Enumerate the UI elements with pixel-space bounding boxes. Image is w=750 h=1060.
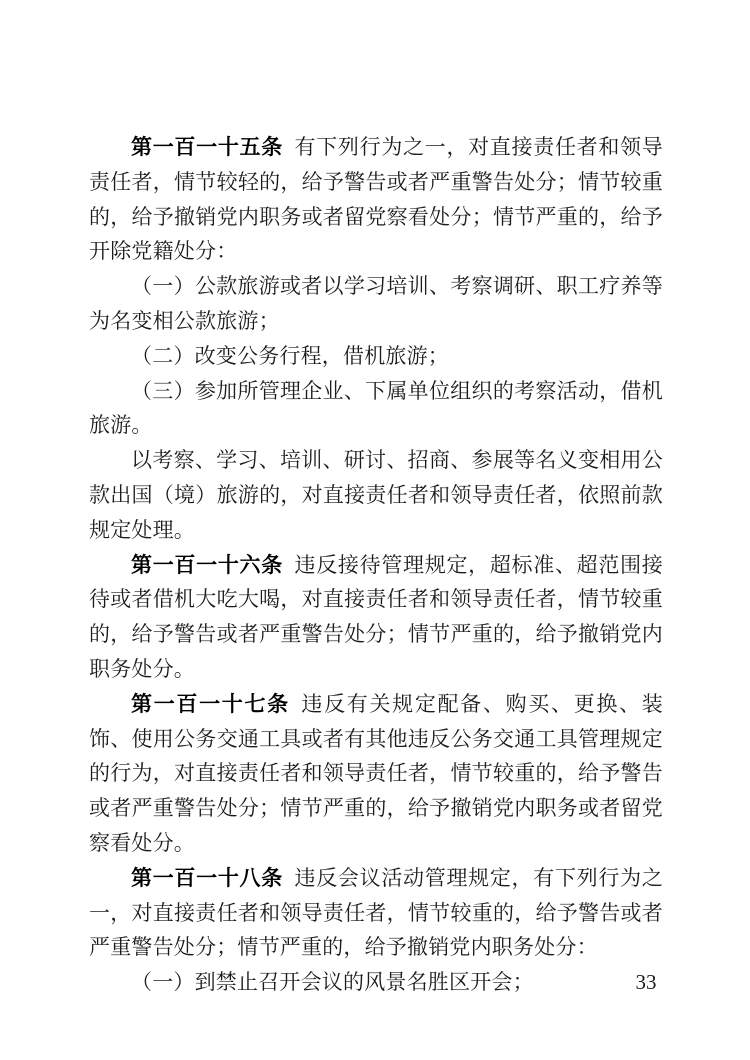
article-115-closing-text: 以考察、学习、培训、研讨、招商、参展等名义变相用公款出国（境）旅游的，对直接责任… [89,448,663,542]
article-115-item-2: （二）改变公务行程，借机旅游； [89,339,663,374]
document-page: 第一百一十五条有下列行为之一，对直接责任者和领导责任者，情节较轻的，给予警告或者… [0,0,750,1060]
article-117-number: 第一百一十七条 [131,692,290,716]
page-number: 33 [636,970,657,994]
article-118-number: 第一百一十八条 [131,866,283,890]
article-117-paragraph: 第一百一十七条违反有关规定配备、购买、更换、装饰、使用公务交通工具或者有其他违反… [89,687,663,861]
article-115-closing-paragraph: 以考察、学习、培训、研讨、招商、参展等名义变相用公款出国（境）旅游的，对直接责任… [89,443,663,547]
article-116-number: 第一百一十六条 [131,553,283,577]
article-118-item-1-text: （一）到禁止召开会议的风景名胜区开会； [131,970,534,994]
article-115-item-2-text: （二）改变公务行程，借机旅游； [131,344,449,368]
article-118-item-1: （一）到禁止召开会议的风景名胜区开会； [89,965,663,1000]
document-body: 第一百一十五条有下列行为之一，对直接责任者和领导责任者，情节较轻的，给予警告或者… [89,130,663,1000]
article-115-item-1: （一）公款旅游或者以学习培训、考察调研、职工疗养等为名变相公款旅游； [89,269,663,339]
article-115-item-1-text: （一）公款旅游或者以学习培训、考察调研、职工疗养等为名变相公款旅游； [89,274,663,333]
article-115-number: 第一百一十五条 [131,135,283,159]
article-115-item-3-text: （三）参加所管理企业、下属单位组织的考察活动，借机旅游。 [89,379,663,438]
page-footer: 33 [610,970,682,995]
article-115-paragraph: 第一百一十五条有下列行为之一，对直接责任者和领导责任者，情节较轻的，给予警告或者… [89,130,663,269]
article-115-item-3: （三）参加所管理企业、下属单位组织的考察活动，借机旅游。 [89,374,663,444]
article-117-text: 违反有关规定配备、购买、更换、装饰、使用公务交通工具或者有其他违反公务交通工具管… [89,692,663,855]
article-116-paragraph: 第一百一十六条违反接待管理规定，超标准、超范围接待或者借机大吃大喝，对直接责任者… [89,548,663,687]
article-118-paragraph: 第一百一十八条违反会议活动管理规定，有下列行为之一，对直接责任者和领导责任者，情… [89,861,663,965]
